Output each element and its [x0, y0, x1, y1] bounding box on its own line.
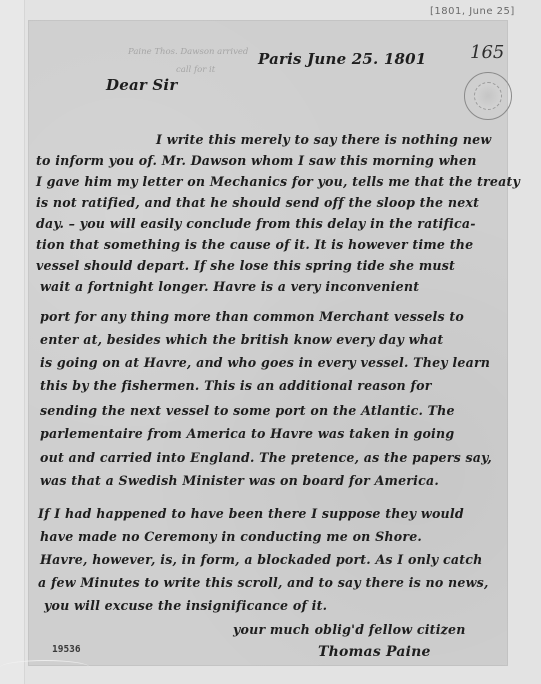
letter-salutation: Dear Sir [106, 76, 177, 94]
letter-page: Paine Thos. Dawson arrived call for it 1… [28, 20, 508, 666]
letter-signature: Thomas Paine [318, 644, 431, 660]
paper-crease-mark [0, 660, 90, 675]
stamp-emblem-icon [474, 82, 502, 110]
letter-closing: your much oblig'd fellow citizen [233, 622, 466, 637]
letter-body-line: I write this merely to say there is noth… [156, 132, 491, 147]
letter-body-line: port for any thing more than common Merc… [40, 309, 464, 324]
letter-body-line: sending the next vessel to some port on … [40, 403, 455, 418]
library-stamp-icon [464, 72, 512, 120]
letter-body-line: day. – you will easily conclude from thi… [36, 216, 476, 231]
letter-body-line: have made no Ceremony in conducting me o… [40, 529, 422, 544]
catalog-number: 19536 [52, 644, 81, 655]
letter-dateline: Paris June 25. 1801 [258, 50, 426, 68]
letter-body-line: enter at, besides which the british know… [40, 332, 443, 347]
letter-body-line: is going on at Havre, and who goes in ev… [40, 355, 490, 370]
letter-body-line: I gave him my letter on Mechanics for yo… [36, 174, 520, 189]
letter-body-line: is not ratified, and that he should send… [36, 195, 479, 210]
letter-body-line: a few Minutes to write this scroll, and … [38, 575, 489, 590]
letter-body-line: vessel should depart. If she lose this s… [36, 258, 455, 273]
letter-body-line: this by the fishermen. This is an additi… [40, 378, 432, 393]
letter-body-line: to inform you of. Mr. Dawson whom I saw … [36, 153, 477, 168]
letter-body-line: tion that something is the cause of it. … [36, 237, 473, 252]
pencil-annotation: Paine Thos. Dawson arrived [128, 47, 248, 57]
letter-body-line: out and carried into England. The preten… [40, 450, 492, 465]
letter-body-line: parlementaire from America to Havre was … [40, 426, 454, 441]
letter-body-line: wait a fortnight longer. Havre is a very… [40, 279, 419, 294]
mount-edge-strip [0, 0, 25, 684]
pencil-annotation: call for it [176, 65, 215, 75]
letter-body-line: Havre, however, is, in form, a blockaded… [40, 552, 483, 567]
letter-body-line: was that a Swedish Minister was on board… [40, 473, 439, 488]
archive-mount: [1801, June 25] Paine Thos. Dawson arriv… [0, 0, 541, 684]
archive-date-reference: [1801, June 25] [430, 6, 515, 17]
letter-body-line: If I had happened to have been there I s… [38, 506, 464, 521]
folio-number: 165 [470, 42, 504, 63]
letter-body-line: you will excuse the insignificance of it… [44, 598, 327, 613]
